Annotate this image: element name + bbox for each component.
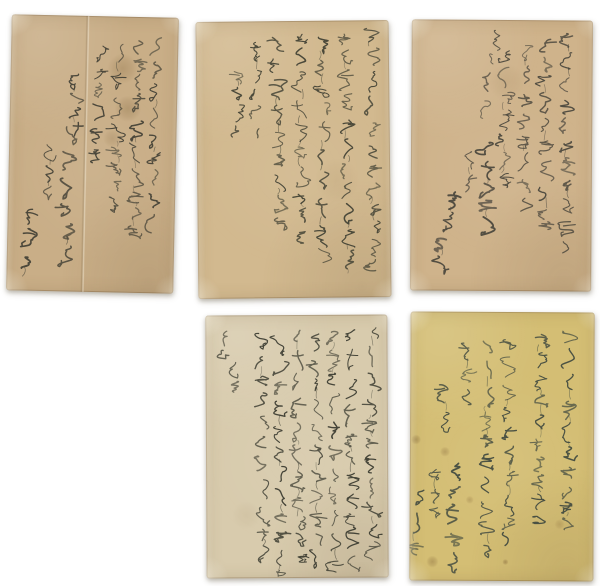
postcard-top-left	[6, 14, 179, 293]
text-column-date	[229, 72, 244, 137]
text-column-address-detail	[465, 152, 477, 192]
text-column-body	[534, 39, 556, 229]
text-column-body	[145, 38, 163, 233]
calligraphy-ink	[409, 312, 594, 582]
text-column-body	[361, 28, 382, 271]
text-column-body	[499, 340, 519, 546]
text-column-address	[475, 142, 497, 235]
text-column-body	[558, 34, 577, 253]
text-column-date	[434, 385, 450, 433]
text-column-body	[104, 44, 127, 213]
text-column-body	[530, 334, 550, 523]
text-column-body	[267, 37, 289, 230]
text-column-body	[254, 333, 270, 562]
postcard-bottom-middle	[205, 315, 388, 579]
text-column-body	[478, 341, 495, 557]
text-column-address-detail	[429, 469, 441, 518]
text-column-body	[343, 330, 360, 572]
text-column-signature	[16, 208, 40, 277]
text-column-body	[270, 336, 291, 576]
calligraphy-ink	[6, 14, 179, 293]
text-column-date	[229, 362, 238, 392]
postcard-bottom-right	[409, 312, 594, 582]
text-column-body	[125, 41, 148, 239]
calligraphy-ink	[205, 315, 388, 579]
text-column-date	[68, 74, 84, 136]
text-column-body	[313, 37, 333, 262]
text-column-body	[560, 331, 578, 529]
text-column-address	[445, 463, 463, 572]
postcard-top-middle	[196, 20, 392, 299]
text-column-body	[459, 343, 477, 405]
postcard-top-right	[410, 19, 593, 291]
text-column-body	[516, 45, 533, 211]
text-column-body	[324, 331, 343, 572]
text-column-address-detail	[43, 145, 56, 200]
text-column-body	[291, 34, 311, 243]
text-column-date	[480, 73, 490, 119]
text-column-body	[361, 328, 383, 561]
text-column-closing	[217, 331, 229, 358]
calligraphy-ink	[196, 20, 392, 299]
text-column-body	[89, 46, 109, 163]
text-column-signature	[409, 489, 430, 556]
text-column-body	[249, 42, 263, 138]
text-column-signature	[430, 190, 461, 274]
text-column-body	[337, 34, 356, 273]
text-column-address	[54, 127, 77, 267]
photo-of-postcards	[0, 0, 600, 586]
text-column-body	[495, 51, 515, 188]
calligraphy-ink	[410, 19, 593, 291]
text-column-body	[306, 334, 327, 568]
